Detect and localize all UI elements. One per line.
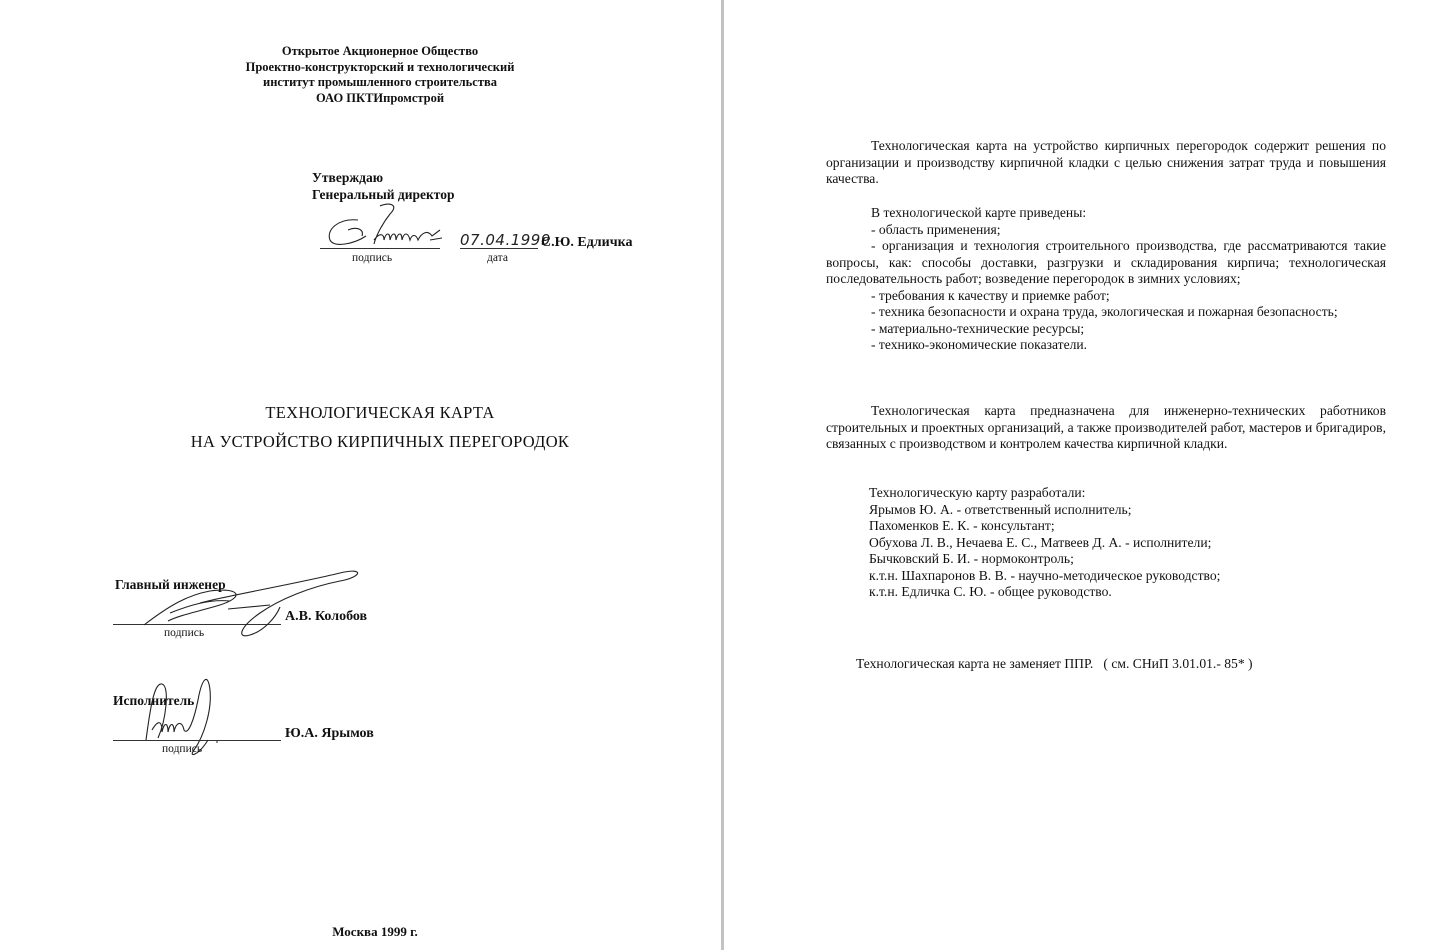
intro-text: Технологическая карта на устройство кирп… [826,138,1386,188]
executor-name: Ю.А. Ярымов [285,726,374,742]
org-line: Открытое Акционерное Общество [180,44,580,60]
author-item: Ярымов Ю. А. - ответственный исполнитель… [869,502,1220,519]
intro-paragraph: Технологическая карта на устройство кирп… [826,138,1386,188]
director-name: С.Ю. Едличка [541,235,632,251]
author-item: Обухова Л. В., Нечаева Е. С., Матвеев Д.… [869,535,1220,552]
audience-text: Технологическая карта предназначена для … [826,403,1386,453]
contents-heading: В технологической карте приведены: [826,205,1386,222]
contents-item: - область применения; [826,222,1386,239]
org-line: институт промышленного строительства [180,75,580,91]
date-line [460,248,538,249]
director-signature-line [320,248,440,249]
author-item: Пахоменков Е. К. - консультант; [869,518,1220,535]
city-year: Москва 1999 г. [280,924,470,940]
author-item: к.т.н. Шахпаронов В. В. - научно-методич… [869,568,1220,585]
org-line: Проектно-конструкторский и технологическ… [180,60,580,76]
approval-block: Утверждаю Генеральный директор [312,169,454,203]
left-page [0,0,721,950]
chief-engineer-name: А.В. Колобов [285,609,367,625]
executor-signature-caption: подпись [162,743,202,755]
authors-section: Технологическую карту разработали: Ярымо… [869,485,1220,601]
author-item: Бычковский Б. И. - нормоконтроль; [869,551,1220,568]
document-subtitle: НА УСТРОЙСТВО КИРПИЧНЫХ ПЕРЕГОРОДОК [100,432,660,452]
contents-item: - техника безопасности и охрана труда, э… [826,304,1386,321]
director-signature [318,200,448,250]
org-line: ОАО ПКТИпромстрой [180,91,580,107]
author-item: к.т.н. Едличка С. Ю. - общее руководство… [869,584,1220,601]
contents-section: В технологической карте приведены: - обл… [826,205,1386,354]
approval-date: 07.04.1999 [460,231,551,249]
contents-item: - материально-технические ресурсы; [826,321,1386,338]
contents-item: - технико-экономические показатели. [826,337,1386,354]
contents-item: - организация и технология строительного… [826,238,1386,288]
contents-item: - требования к качеству и приемке работ; [826,288,1386,305]
director-signature-caption: подпись [352,252,392,264]
organization-header: Открытое Акционерное Общество Проектно-к… [180,44,580,106]
date-caption: дата [487,252,508,264]
document-title: ТЕХНОЛОГИЧЕСКАЯ КАРТА [100,403,660,423]
approval-label: Утверждаю [312,169,454,186]
chief-engineer-signature-caption: подпись [164,627,204,639]
audience-paragraph: Технологическая карта предназначена для … [826,403,1386,453]
ppr-note: Технологическая карта не заменяет ППР. (… [856,656,1253,672]
authors-heading: Технологическую карту разработали: [869,485,1220,502]
